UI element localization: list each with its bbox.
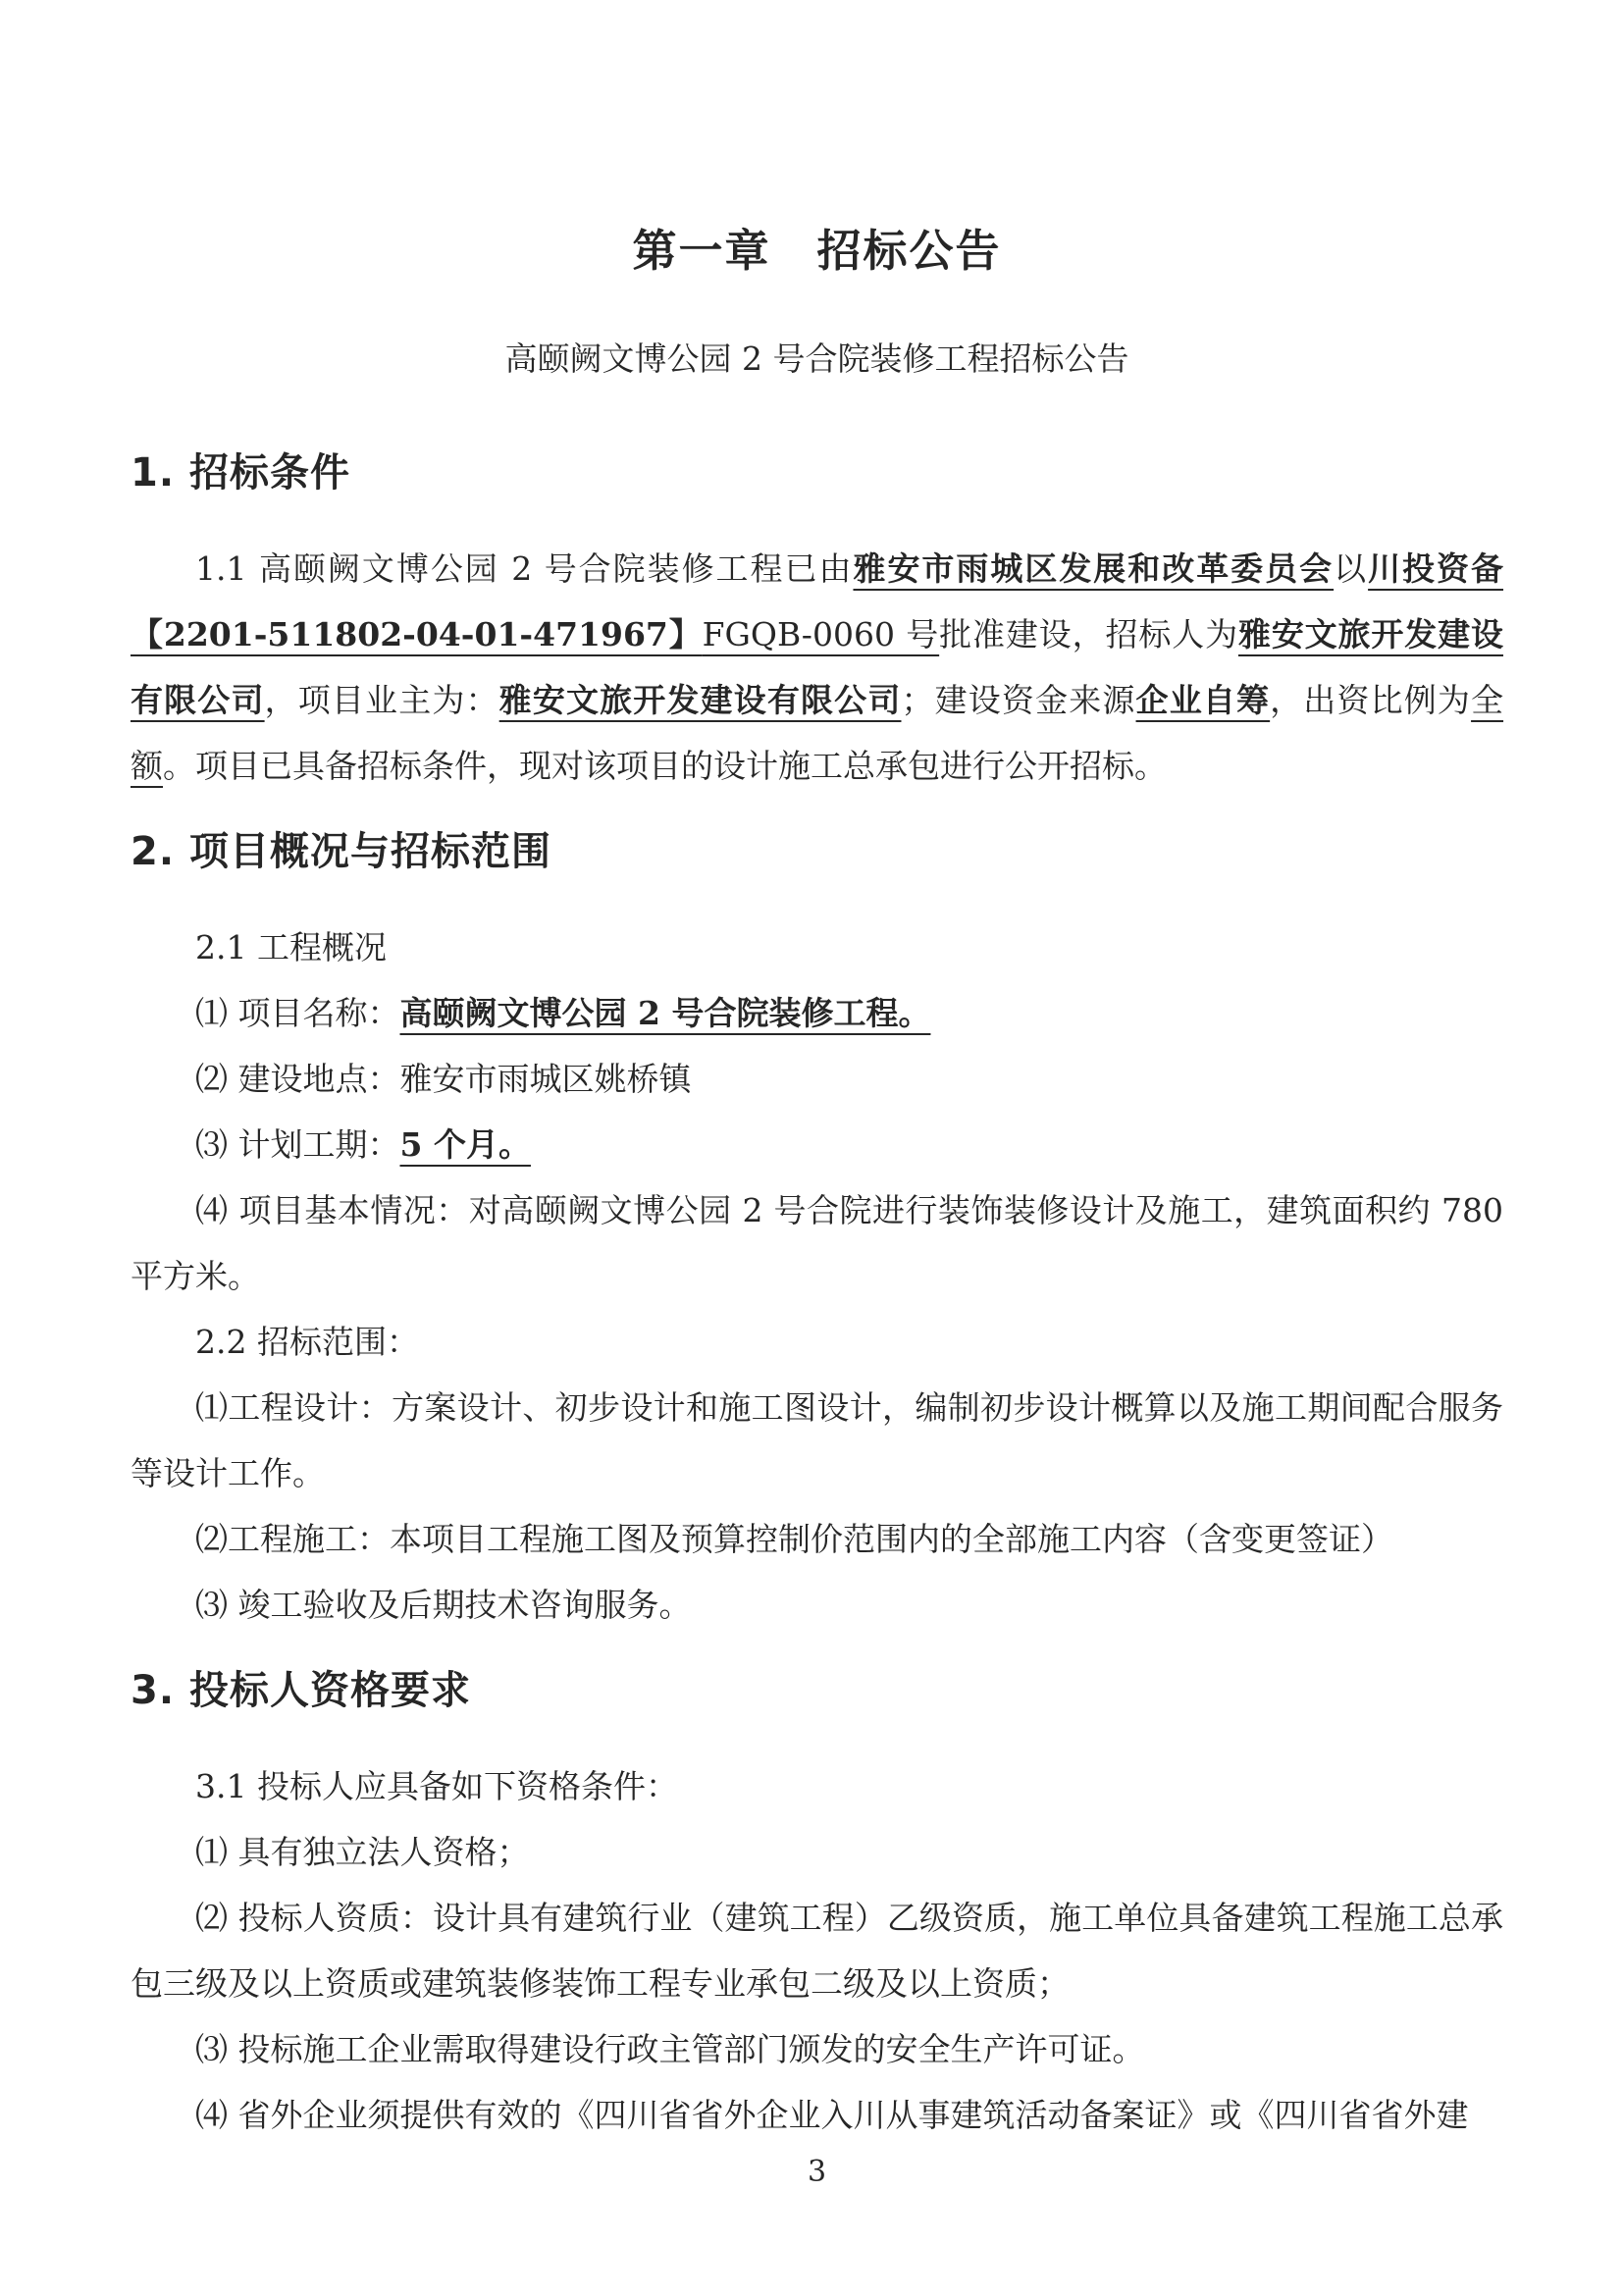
text-run: 5 个月。 — [400, 1125, 531, 1164]
page-number: 3 — [131, 2155, 1503, 2190]
section-2-item-1: ⑴ 项目名称：高颐阙文博公园 2 号合院装修工程。 — [131, 980, 1503, 1046]
document-page: 第一章 招标公告 高颐阙文博公园 2 号合院装修工程招标公告 1. 招标条件 1… — [0, 0, 1623, 2296]
section-3-item-3: ⑶ 投标施工企业需取得建设行政主管部门颁发的安全生产许可证。 — [131, 2016, 1503, 2082]
section-3-heading: 3. 投标人资格要求 — [131, 1667, 1503, 1714]
text-run: 1.1 高颐阙文博公园 2 号合院装修工程已由 — [195, 549, 853, 588]
section-2-item-2: ⑵ 建设地点：雅安市雨城区姚桥镇 — [131, 1046, 1503, 1112]
section-1-paragraph: 1.1 高颐阙文博公园 2 号合院装修工程已由雅安市雨城区发展和改革委员会以川投… — [131, 536, 1503, 799]
text-run: 。项目已具备招标条件，现对该项目的设计施工总承包进行公开招标。 — [163, 747, 1167, 785]
text-run: ，项目业主为： — [265, 681, 499, 719]
text-run: 批准建设，招标人为 — [939, 615, 1238, 653]
section-3-item-4: ⑷ 省外企业须提供有效的《四川省省外企业入川从事建筑活动备案证》或《四川省省外建 — [131, 2082, 1503, 2148]
chapter-title: 第一章 招标公告 — [131, 224, 1503, 279]
section-2-scope-2: ⑵工程施工：本项目工程施工图及预算控制价范围内的全部施工内容（含变更签证） — [131, 1506, 1503, 1572]
section-2-item-3: ⑶ 计划工期：5 个月。 — [131, 1112, 1503, 1177]
section-2-scope-3: ⑶ 竣工验收及后期技术咨询服务。 — [131, 1572, 1503, 1638]
notice-title: 高颐阙文博公园 2 号合院装修工程招标公告 — [131, 339, 1503, 379]
text-run: 企业自筹 — [1136, 681, 1271, 719]
section-2-item-4: ⑷ 项目基本情况：对高颐阙文博公园 2 号合院进行装饰装修设计及施工，建筑面积约… — [131, 1177, 1503, 1309]
text-run: ；建设资金来源 — [901, 681, 1135, 719]
text-run: ，出资比例为 — [1270, 681, 1471, 719]
text-run: 雅安文旅开发建设有限公司 — [499, 681, 902, 719]
section-2-sub-1: 2.1 工程概况 — [131, 914, 1503, 980]
section-3-item-1: ⑴ 具有独立法人资格； — [131, 1819, 1503, 1885]
section-2-scope-1: ⑴工程设计：方案设计、初步设计和施工图设计，编制初步设计概算以及施工期间配合服务… — [131, 1375, 1503, 1506]
text-run: 雅安市雨城区发展和改革委员会 — [853, 549, 1334, 588]
text-run: FGQB-0060 号 — [703, 615, 940, 653]
section-3-item-2: ⑵ 投标人资质：设计具有建筑行业（建筑工程）乙级资质，施工单位具备建筑工程施工总… — [131, 1885, 1503, 2016]
text-run: 高颐阙文博公园 2 号合院装修工程。 — [400, 994, 931, 1032]
text-run: ⑶ 计划工期： — [195, 1125, 400, 1164]
section-1-heading: 1. 招标条件 — [131, 449, 1503, 496]
text-run: 以 — [1334, 549, 1368, 588]
text-run: ⑴ 项目名称： — [195, 994, 400, 1032]
section-3-sub-1: 3.1 投标人应具备如下资格条件： — [131, 1753, 1503, 1819]
section-2-heading: 2. 项目概况与招标范围 — [131, 828, 1503, 875]
section-2-sub-2: 2.2 招标范围： — [131, 1309, 1503, 1375]
